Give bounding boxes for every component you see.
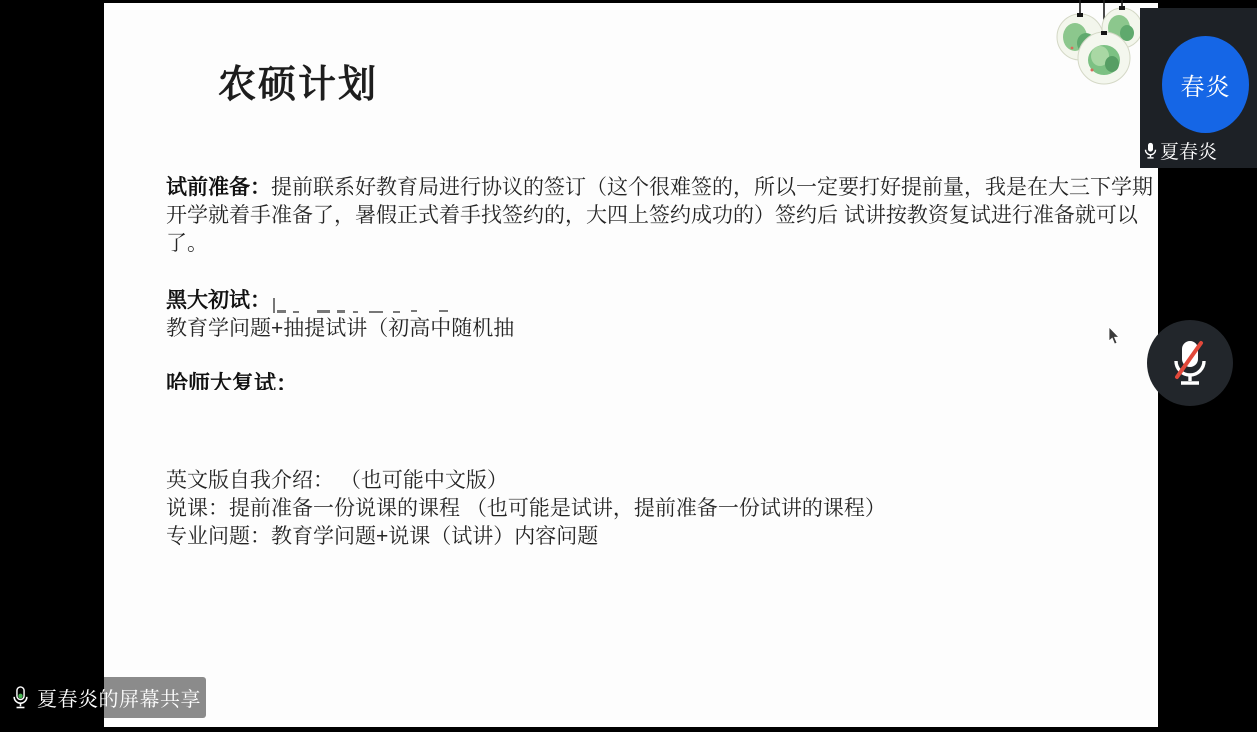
prep-paragraph-line2: 开学就着手准备了，暑假正式着手找签约的，大四上签约成功的）签约后 试讲按教资复试…	[166, 202, 1138, 230]
microphone-mute-button[interactable]	[1147, 320, 1233, 406]
heida-heading-line: 黑大初试：	[166, 287, 481, 315]
hidden-text-fragments	[271, 291, 481, 315]
fushi-line-zhuanye: 专业问题：教育学问题+说课（试讲）内容问题	[166, 523, 598, 551]
prep-paragraph-line3: 了。	[166, 230, 208, 258]
hanging-plants-decoration	[1042, 0, 1142, 85]
prep-paragraph-line1: 试前准备：提前联系好教育局进行协议的签订（这个很难签的，所以一定要打好提前量，我…	[166, 174, 1153, 202]
fushi-line-intro: 英文版自我介绍： （也可能中文版）	[166, 467, 508, 495]
heida-content-line: 教育学问题+抽提试讲（初高中随机抽	[166, 315, 514, 343]
fushi-line-shuoke: 说课：提前准备一份说课的课程 （也可能是试讲，提前准备一份试讲的课程）	[166, 495, 886, 523]
participant-name-row: 夏春炎	[1143, 137, 1217, 164]
screen-share-label: 夏春炎的屏幕共享	[37, 683, 201, 712]
mouse-cursor	[1108, 327, 1121, 345]
mic-active-icon	[11, 685, 30, 711]
participant-video-tile[interactable]: 春炎 夏春炎	[1140, 8, 1257, 168]
mic-icon	[1143, 141, 1158, 161]
prep-label: 试前准备：	[166, 176, 271, 199]
meeting-screen: { "app": { "participant": { "avatar_text…	[0, 0, 1257, 732]
doc-title: 农硕计划	[218, 53, 378, 108]
participant-name: 夏春炎	[1160, 137, 1217, 164]
heida-label: 黑大初试：	[166, 289, 271, 312]
shared-screen-document: 农硕计划 试前准备：提前联系好教育局进行协议的签订（这个很难签的，所以一定要打好…	[104, 3, 1158, 727]
participant-avatar: 春炎	[1162, 36, 1249, 133]
hashida-heading-clipped: 哈师大复试：	[166, 370, 298, 390]
screen-share-banner: 夏春炎的屏幕共享	[2, 677, 206, 718]
mic-muted-icon	[1168, 337, 1212, 389]
